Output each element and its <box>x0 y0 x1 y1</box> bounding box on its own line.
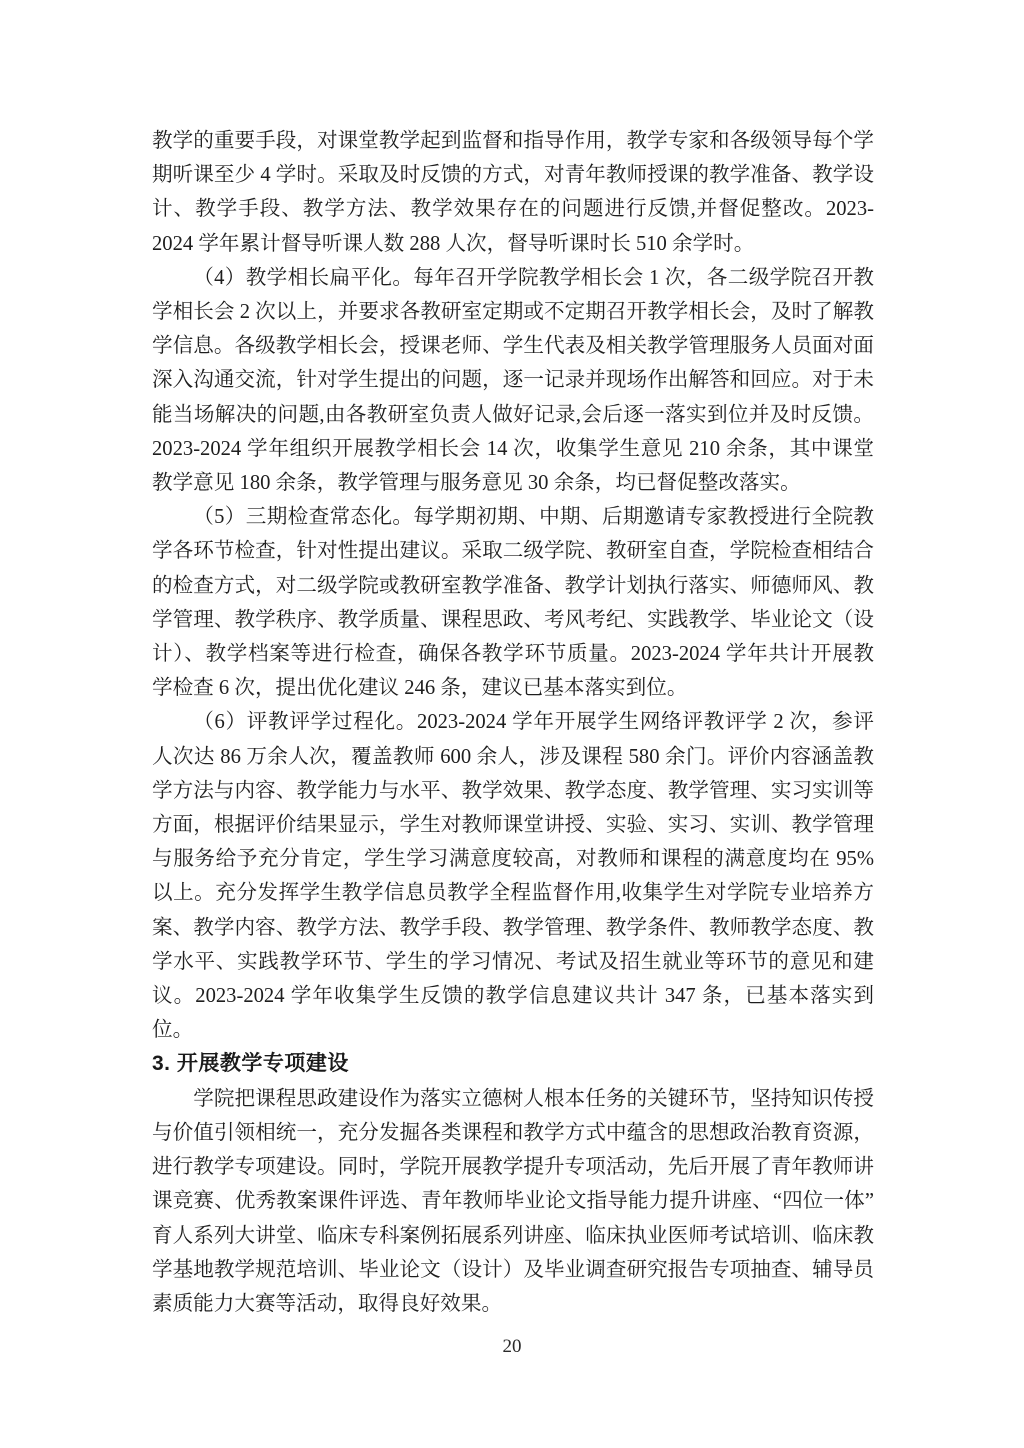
page-footer: 20 <box>0 1336 1024 1358</box>
paragraph-4-teaching-mutual-growth: （4）教学相长扁平化。每年召开学院教学相长会 1 次，各二级学院召开教学相长会 … <box>152 261 874 500</box>
paragraph-curriculum-ideology-construction: 学院把课程思政建设作为落实立德树人根本任务的关键环节，坚持知识传授与价值引领相统… <box>152 1082 874 1321</box>
section-heading-teaching-special-construction: 3. 开展教学专项建设 <box>152 1047 874 1081</box>
document-page: 教学的重要手段，对课堂教学起到监督和指导作用，教学专家和各级领导每个学期听课至少… <box>0 0 1024 1448</box>
page-content: 教学的重要手段，对课堂教学起到监督和指导作用，教学专家和各级领导每个学期听课至少… <box>152 124 874 1321</box>
paragraph-5-three-period-inspection: （5）三期检查常态化。每学期初期、中期、后期邀请专家教授进行全院教学各环节检查，… <box>152 500 874 705</box>
page-number: 20 <box>503 1336 522 1357</box>
paragraph-6-teaching-evaluation-process: （6）评教评学过程化。2023-2024 学年开展学生网络评教评学 2 次，参评… <box>152 705 874 1047</box>
paragraph-supervision-listening-continued: 教学的重要手段，对课堂教学起到监督和指导作用，教学专家和各级领导每个学期听课至少… <box>152 124 874 261</box>
